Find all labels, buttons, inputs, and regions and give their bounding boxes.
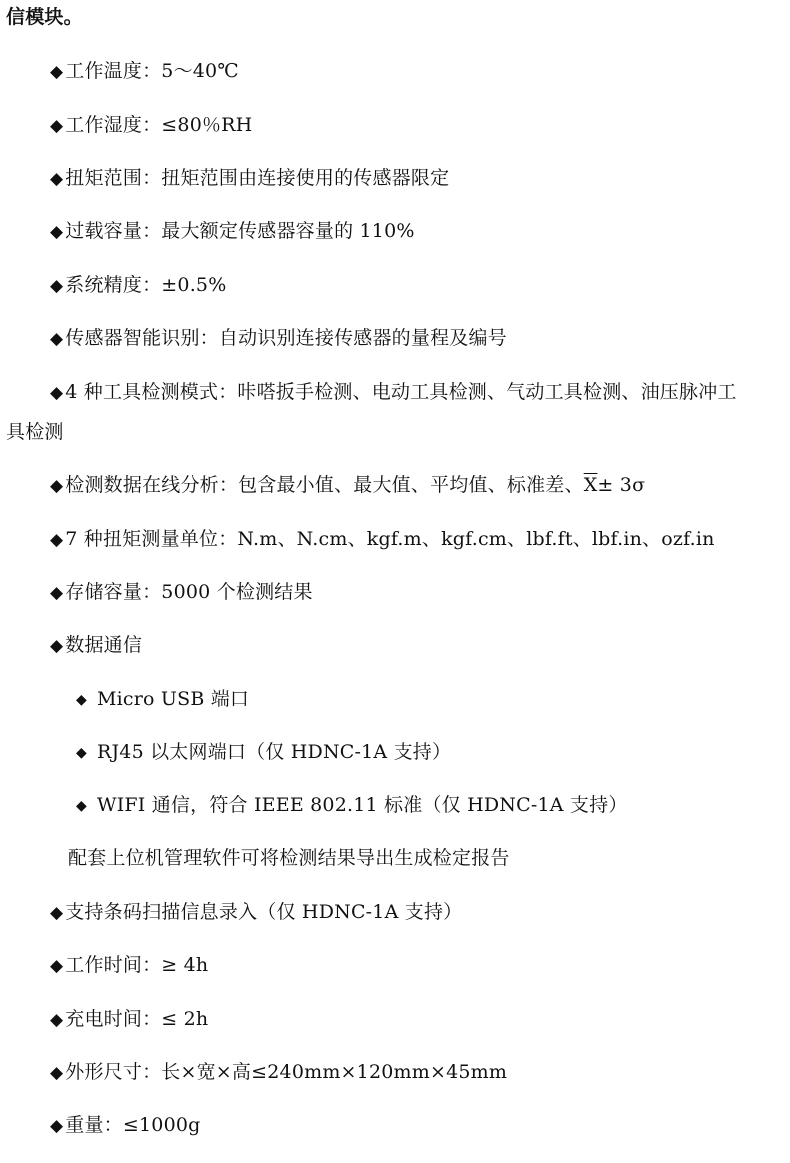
spec-item-charging-time: ◆充电时间：≤ 2h bbox=[50, 1008, 208, 1031]
spec-item-weight: ◆重量：≤1000g bbox=[50, 1114, 201, 1137]
spec-item-barcode: ◆支持条码扫描信息录入（仅 HDNC-1A 支持） bbox=[50, 901, 462, 924]
comm-item-micro-usb: ◆Micro USB 端口 bbox=[76, 688, 249, 711]
comm-item-rj45: ◆RJ45 以太网端口（仅 HDNC-1A 支持） bbox=[76, 741, 451, 764]
spec-item-overload: ◆过载容量：最大额定传感器容量的 110% bbox=[50, 220, 415, 243]
x-bar-symbol: X bbox=[584, 474, 598, 496]
spec-item-storage: ◆存储容量：5000 个检测结果 bbox=[50, 581, 313, 604]
diamond-bullet-icon: ◆ bbox=[76, 689, 87, 711]
diamond-bullet-icon: ◆ bbox=[50, 275, 63, 297]
diamond-bullet-icon: ◆ bbox=[50, 582, 63, 604]
diamond-bullet-icon: ◆ bbox=[76, 742, 87, 764]
spec-item-units: ◆7 种扭矩测量单位：N.m、N.cm、kgf.m、kgf.cm、lbf.ft、… bbox=[50, 528, 715, 551]
diamond-bullet-icon: ◆ bbox=[50, 475, 63, 497]
diamond-bullet-icon: ◆ bbox=[50, 168, 63, 190]
spec-item-working-time: ◆工作时间：≥ 4h bbox=[50, 954, 208, 977]
spec-item-accuracy: ◆系统精度：±0.5% bbox=[50, 274, 226, 297]
comm-item-wifi: ◆WIFI 通信，符合 IEEE 802.11 标准（仅 HDNC-1A 支持） bbox=[76, 794, 628, 817]
diamond-bullet-icon: ◆ bbox=[50, 529, 63, 551]
spec-item-tool-modes: ◆4 种工具检测模式：咔嗒扳手检测、电动工具检测、气动工具检测、油压脉冲工 bbox=[50, 381, 737, 404]
diamond-bullet-icon: ◆ bbox=[76, 795, 87, 817]
diamond-bullet-icon: ◆ bbox=[50, 1009, 63, 1031]
diamond-bullet-icon: ◆ bbox=[50, 382, 63, 404]
diamond-bullet-icon: ◆ bbox=[50, 955, 63, 977]
diamond-bullet-icon: ◆ bbox=[50, 328, 63, 350]
diamond-bullet-icon: ◆ bbox=[50, 221, 63, 243]
software-note-text: 配套上位机管理软件可将检测结果导出生成检定报告 bbox=[68, 847, 510, 869]
spec-item-torque-range: ◆扭矩范围：扭矩范围由连接使用的传感器限定 bbox=[50, 167, 449, 190]
diamond-bullet-icon: ◆ bbox=[50, 635, 63, 657]
diamond-bullet-icon: ◆ bbox=[50, 115, 63, 137]
intro-tail-text: 信模块。 bbox=[6, 6, 83, 28]
spec-item-data-communication: ◆数据通信 bbox=[50, 634, 142, 657]
diamond-bullet-icon: ◆ bbox=[50, 902, 63, 924]
diamond-bullet-icon: ◆ bbox=[50, 1115, 63, 1137]
diamond-bullet-icon: ◆ bbox=[50, 61, 63, 83]
spec-item-sensor-recognition: ◆传感器智能识别：自动识别连接传感器的量程及编号 bbox=[50, 327, 507, 350]
spec-item-dimensions: ◆外形尺寸：长×宽×高≤240mm×120mm×45mm bbox=[50, 1061, 507, 1084]
spec-item-tool-modes-continuation: 具检测 bbox=[6, 421, 64, 443]
diamond-bullet-icon: ◆ bbox=[50, 1062, 63, 1084]
spec-item-temperature: ◆工作温度：5～40℃ bbox=[50, 60, 239, 83]
spec-item-humidity: ◆工作湿度：≤80％RH bbox=[50, 114, 252, 137]
spec-item-data-analysis: ◆检测数据在线分析：包含最小值、最大值、平均值、标准差、X± 3σ bbox=[50, 474, 645, 497]
